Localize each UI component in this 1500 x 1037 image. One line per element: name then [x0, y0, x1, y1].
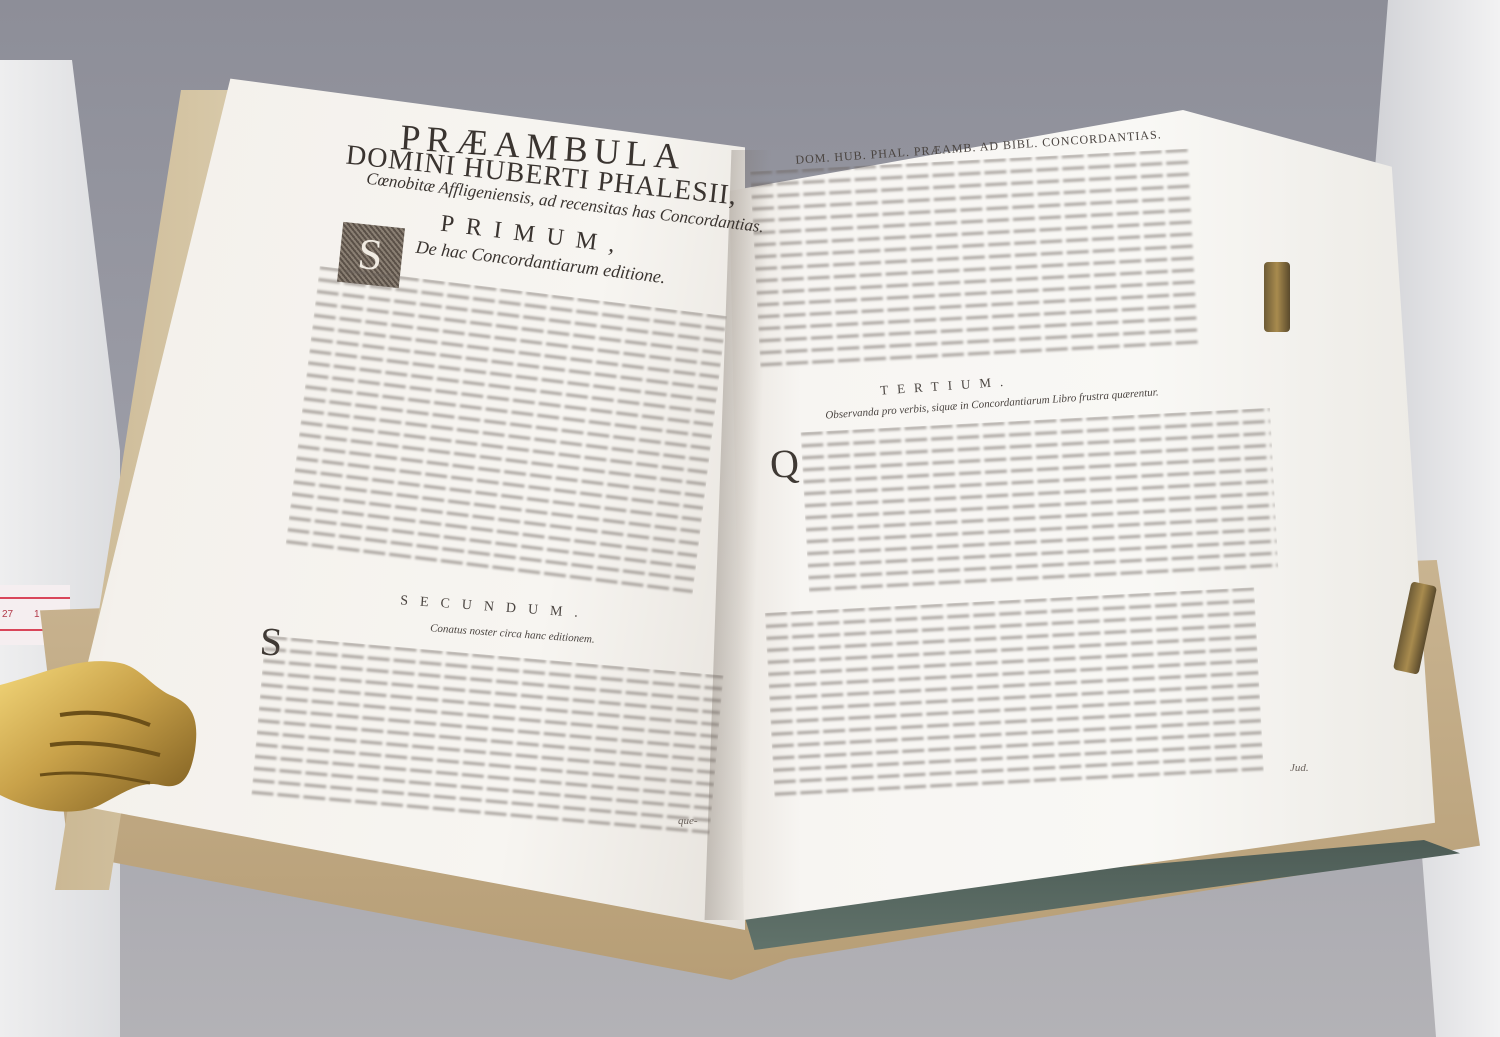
body-text-block	[247, 635, 724, 889]
label-text-small: 1	[34, 609, 40, 620]
brass-clasp-icon	[1264, 262, 1290, 332]
label-stripe	[0, 597, 70, 599]
body-text-block	[765, 587, 1265, 822]
background-white-panel-left	[0, 60, 120, 1037]
brass-hand-page-weight-icon	[0, 655, 200, 815]
body-text-block	[801, 408, 1280, 612]
body-text-block	[750, 149, 1200, 372]
drop-cap: Q	[769, 439, 800, 487]
catchword: Jud.	[1290, 762, 1309, 774]
label-text-number: 27	[2, 609, 13, 620]
body-text-block	[283, 266, 727, 614]
catchword: que-	[678, 815, 698, 827]
